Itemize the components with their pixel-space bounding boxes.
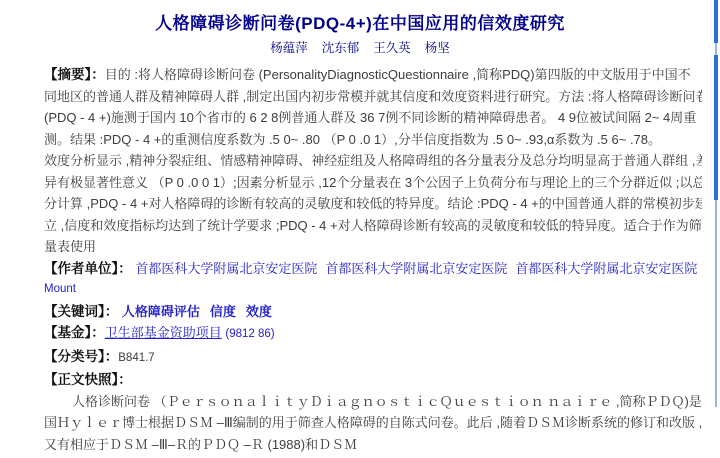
snapshot-header: 【正文快照】： [44, 369, 702, 391]
paper-title: 人格障碍诊断问卷(PDQ-4+)在中国应用的信效度研究 [0, 12, 720, 36]
affiliation-label: 【作者单位】： [44, 261, 132, 276]
abstract-line: 量表使用 [44, 236, 702, 258]
paper-header: 人格障碍诊断问卷(PDQ-4+)在中国应用的信效度研究 杨蕴萍沈东郁王久英杨坚 [0, 0, 720, 56]
fund-label: 【基金】： [44, 325, 105, 340]
affiliation-row: 【作者单位】： 首都医科大学附属北京安定医院首都医科大学附属北京安定医院首都医科… [44, 258, 702, 280]
affiliation-link[interactable]: 首都医科大学附属北京安定医院 [325, 261, 507, 276]
keywords-row: 【关键词】： 人格障碍评估信度效度 [44, 301, 702, 323]
paper-body: 【摘要】：目的 :将人格障碍诊断问卷 (PersonalityDiagnosti… [0, 64, 720, 455]
abstract-line: (PDQ - 4 +)施测于国内 10个省市的 6 2 8例普通人群及 36 7… [44, 107, 702, 129]
author-link[interactable]: 沈东郁 [322, 41, 360, 55]
abstract-label: 【摘要】： [44, 67, 105, 82]
scrollbar-thumb[interactable] [714, 0, 718, 43]
abstract-line: 分计算 ,PDQ - 4 +对人格障碍的诊断有较高的灵敏度和较低的特异度。结论 … [44, 193, 702, 215]
abstract-line: 立 ,信度和效度指标均达到了统计学要求 ;PDQ - 4 +对人格障碍诊断有较高… [44, 215, 702, 237]
abstract-line: 【摘要】：目的 :将人格障碍诊断问卷 (PersonalityDiagnosti… [44, 64, 702, 86]
author-link[interactable]: 杨坚 [425, 41, 450, 55]
abstract-line: 效度分析显示 ,精神分裂症组、情感精神障碍、神经症组及人格障碍组的各分量表分及总… [44, 150, 702, 172]
paper-detail-page: 人格障碍诊断问卷(PDQ-4+)在中国应用的信效度研究 杨蕴萍沈东郁王久英杨坚 … [0, 0, 720, 458]
snapshot-label: 【正文快照】： [44, 372, 132, 387]
scrollbar-thumb[interactable] [714, 55, 718, 200]
keywords-label: 【关键词】： [44, 304, 118, 319]
keyword-link[interactable]: 人格障碍评估 [122, 304, 200, 319]
abstract-line: 同地区的普通人群及精神障碍人群 ,制定出国内初步常模并就其信度和效度资料进行研究… [44, 86, 702, 108]
affiliation-link[interactable]: 首都医科大学附属北京安定医院 [515, 261, 697, 276]
keyword-link[interactable]: 信度 [210, 304, 236, 319]
classification-row: 【分类号】：B841.7 [44, 346, 702, 370]
author-list: 杨蕴萍沈东郁王久英杨坚 [0, 40, 720, 56]
fund-number: (9812 86) [225, 328, 274, 340]
classification-label: 【分类号】： [44, 349, 118, 364]
abstract-line: 测。结果 :PDQ - 4 +的重测信度系数为 .5 0~ .80 （P 0 .… [44, 129, 702, 151]
fund-link[interactable]: 卫生部基金资助项目 [105, 325, 222, 340]
keyword-link[interactable]: 效度 [246, 304, 272, 319]
abstract-text: 目的 :将人格障碍诊断问卷 (PersonalityDiagnosticQues… [105, 67, 691, 82]
abstract-line: 异有极显著性意义 （P 0 .0 0 1）;因素分析显示 ,12个分量表在 3个… [44, 172, 702, 194]
author-link[interactable]: 王久英 [373, 41, 411, 55]
snapshot-line: 国Ｈｙｌｅｒ博士根据ＤＳＭ –Ⅲ编制的用于筛查人格障碍的自陈式问卷。此后 ,随着… [44, 412, 702, 434]
affiliation-overflow: Mount [44, 279, 702, 301]
affiliation-link[interactable]: 首都医科大学附属北京安定医院 [135, 261, 317, 276]
author-link[interactable]: 杨蕴萍 [270, 41, 308, 55]
snapshot-line: 人格诊断问卷 （ＰｅｒｓｏｎａｌｉｔｙＤｉａｇｎｏｓｔｉｃＱｕｅｓｔｉｏｎ ｎａ… [44, 391, 702, 413]
snapshot-line: 又有相应于ＤＳＭ –Ⅲ–Ｒ的ＰＤＱ –Ｒ (1988)和ＤＳＭ [44, 434, 702, 456]
classification-value: B841.7 [118, 352, 154, 364]
fund-row: 【基金】：卫生部基金资助项目 (9812 86) [44, 322, 702, 346]
